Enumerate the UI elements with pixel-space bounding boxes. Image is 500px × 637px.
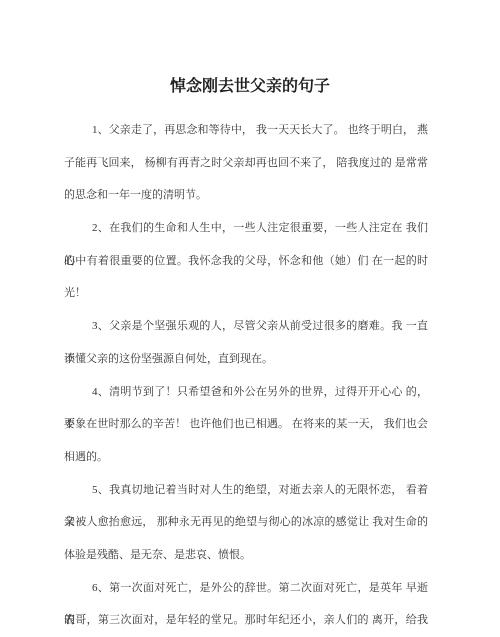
paragraph: 4、清明节到了！只希望爸和外公在另外的世界，过得开开心心 的，不要象在世时那么的… xyxy=(64,376,428,474)
text-line: 光！ xyxy=(64,277,428,310)
text-line: 表哥，第三次面对，是年轻的堂兄。那时年纪还小，亲人们的 离开，给我的 xyxy=(64,604,428,637)
paragraph: 1、父亲走了，再思念和等待中， 我一天天长大了。 也终于明白， 燕子能再飞回来，… xyxy=(64,114,428,212)
text-line: 5、我真切地记着当时对人生的绝望，对逝去亲人的无限怀恋， 看着父 xyxy=(64,474,428,507)
document-title: 悼念刚去世父亲的句子 xyxy=(0,0,500,96)
paragraph: 3、父亲是个坚强乐观的人，尽管父亲从前受过很多的磨难。我 一直读不懂父亲的这份坚… xyxy=(64,310,428,375)
document-page: 悼念刚去世父亲的句子 1、父亲走了，再思念和等待中， 我一天天长大了。 也终于明… xyxy=(0,0,500,637)
text-line: 2、在我们的生命和人生中，一些人注定很重要，一些人注定在 我们的 xyxy=(64,212,428,245)
text-line: 相遇的。 xyxy=(64,441,428,474)
document-body: 1、父亲走了，再思念和等待中， 我一天天长大了。 也终于明白， 燕子能再飞回来，… xyxy=(64,114,428,637)
text-line: 3、父亲是个坚强乐观的人，尽管父亲从前受过很多的磨难。我 一直读 xyxy=(64,310,428,343)
text-line: 不懂父亲的这份坚强源自何处，直到现在。 xyxy=(64,343,428,376)
paragraph: 6、第一次面对死亡，是外公的辞世。第二次面对死亡，是英年 早逝的表哥，第三次面对… xyxy=(64,572,428,637)
text-line: 6、第一次面对死亡，是外公的辞世。第二次面对死亡，是英年 早逝的 xyxy=(64,572,428,605)
text-line: 体验是残酷、是无奈、是悲哀、愤恨。 xyxy=(64,539,428,572)
text-line: 亲被人愈抬愈远， 那种永无再见的绝望与彻心的冰凉的感觉让 我对生命的 xyxy=(64,506,428,539)
text-line: 心中有着很重要的位置。我怀念我的父母，怀念和他（她）们 在一起的时 xyxy=(64,245,428,278)
text-line: 子能再飞回来， 杨柳有再青之时父亲却再也回不来了， 陪我度过的 是常常 xyxy=(64,147,428,180)
text-line: 的思念和一年一度的清明节。 xyxy=(64,179,428,212)
text-line: 要象在世时那么的辛苦！ 也许他们也已相遇。 在将来的某一天， 我们也会 xyxy=(64,408,428,441)
text-line: 1、父亲走了，再思念和等待中， 我一天天长大了。 也终于明白， 燕 xyxy=(64,114,428,147)
paragraph: 5、我真切地记着当时对人生的绝望，对逝去亲人的无限怀恋， 看着父亲被人愈抬愈远，… xyxy=(64,474,428,572)
paragraph: 2、在我们的生命和人生中，一些人注定很重要，一些人注定在 我们的心中有着很重要的… xyxy=(64,212,428,310)
text-line: 4、清明节到了！只希望爸和外公在另外的世界，过得开开心心 的，不 xyxy=(64,376,428,409)
